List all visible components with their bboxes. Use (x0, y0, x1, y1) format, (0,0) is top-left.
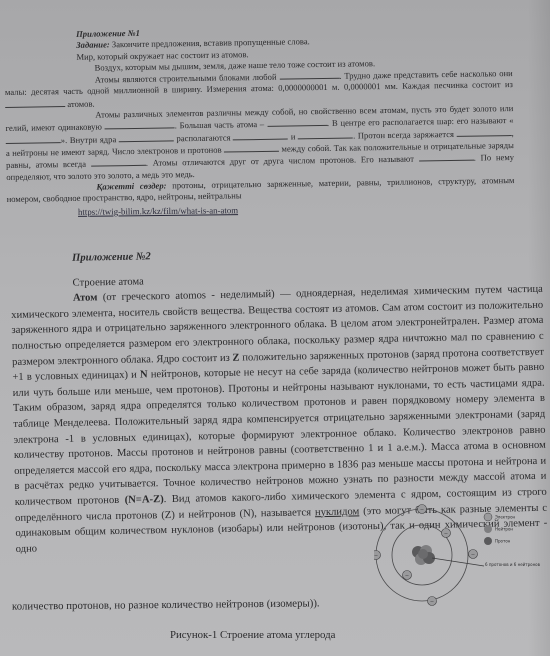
document-page: Приложение №1 Задание: Закончите предлож… (0, 0, 550, 656)
paragraph-tail: количество протонов, но разное количеств… (12, 597, 320, 612)
answer-blank[interactable] (419, 152, 474, 162)
svg-text:Электрон: Электрон (495, 515, 516, 520)
answer-blank[interactable] (119, 132, 174, 142)
svg-text:−: − (430, 599, 434, 605)
keywords-label: Қажетті сөздер: (96, 180, 166, 191)
carbon-atom-diagram: − − − − − − Электрон Нейтрон Протон 6 пр… (374, 502, 550, 610)
video-link[interactable]: https://twig-bilim.kz/kz/film/what-is-an… (78, 205, 238, 217)
nucleus-label: 6 протонов и 6 нейтронов (485, 562, 541, 567)
appendix-1: Приложение №1 Задание: Закончите предлож… (4, 22, 515, 205)
svg-text:−: − (420, 507, 424, 513)
answer-blank[interactable] (6, 134, 61, 144)
answer-blank[interactable] (298, 129, 353, 139)
proton-legend-icon (484, 537, 492, 545)
term-atom: Атом (73, 293, 98, 304)
nuclide-term: нуклидом (315, 506, 359, 518)
answer-blank[interactable] (224, 143, 279, 153)
answer-blank[interactable] (267, 117, 327, 127)
svg-text:Протон: Протон (495, 539, 511, 544)
svg-text:−: − (471, 552, 475, 558)
answer-blank[interactable] (456, 127, 511, 137)
answer-blank[interactable] (5, 98, 65, 108)
svg-text:Нейтрон: Нейтрон (495, 527, 513, 532)
formula: (N=A-Z) (125, 494, 164, 506)
appendix-2-title: Приложение №2 (72, 251, 151, 264)
task-label: Задание: (76, 40, 110, 51)
answer-blank[interactable] (105, 120, 175, 130)
appendix-1-title: Приложение №1 (76, 28, 140, 39)
neutron-legend-icon (484, 525, 492, 533)
task-text: Закончите предложения, вставив пропущенн… (110, 36, 310, 49)
figure-caption: Рисунок-1 Строение атома углерода (170, 629, 335, 641)
exercise-paragraph: Атомы различных элементов различны между… (5, 103, 514, 183)
legend: Электрон Нейтрон Протон 6 протонов и 6 н… (484, 513, 541, 567)
svg-text:−: − (374, 553, 378, 559)
svg-text:−: − (405, 573, 409, 579)
answer-blank[interactable] (279, 70, 339, 80)
electron-legend-icon (484, 513, 492, 521)
svg-text:−: − (444, 531, 448, 537)
nucleus-icon (412, 545, 435, 565)
answer-blank[interactable] (233, 130, 288, 140)
answer-blank[interactable] (91, 157, 146, 167)
